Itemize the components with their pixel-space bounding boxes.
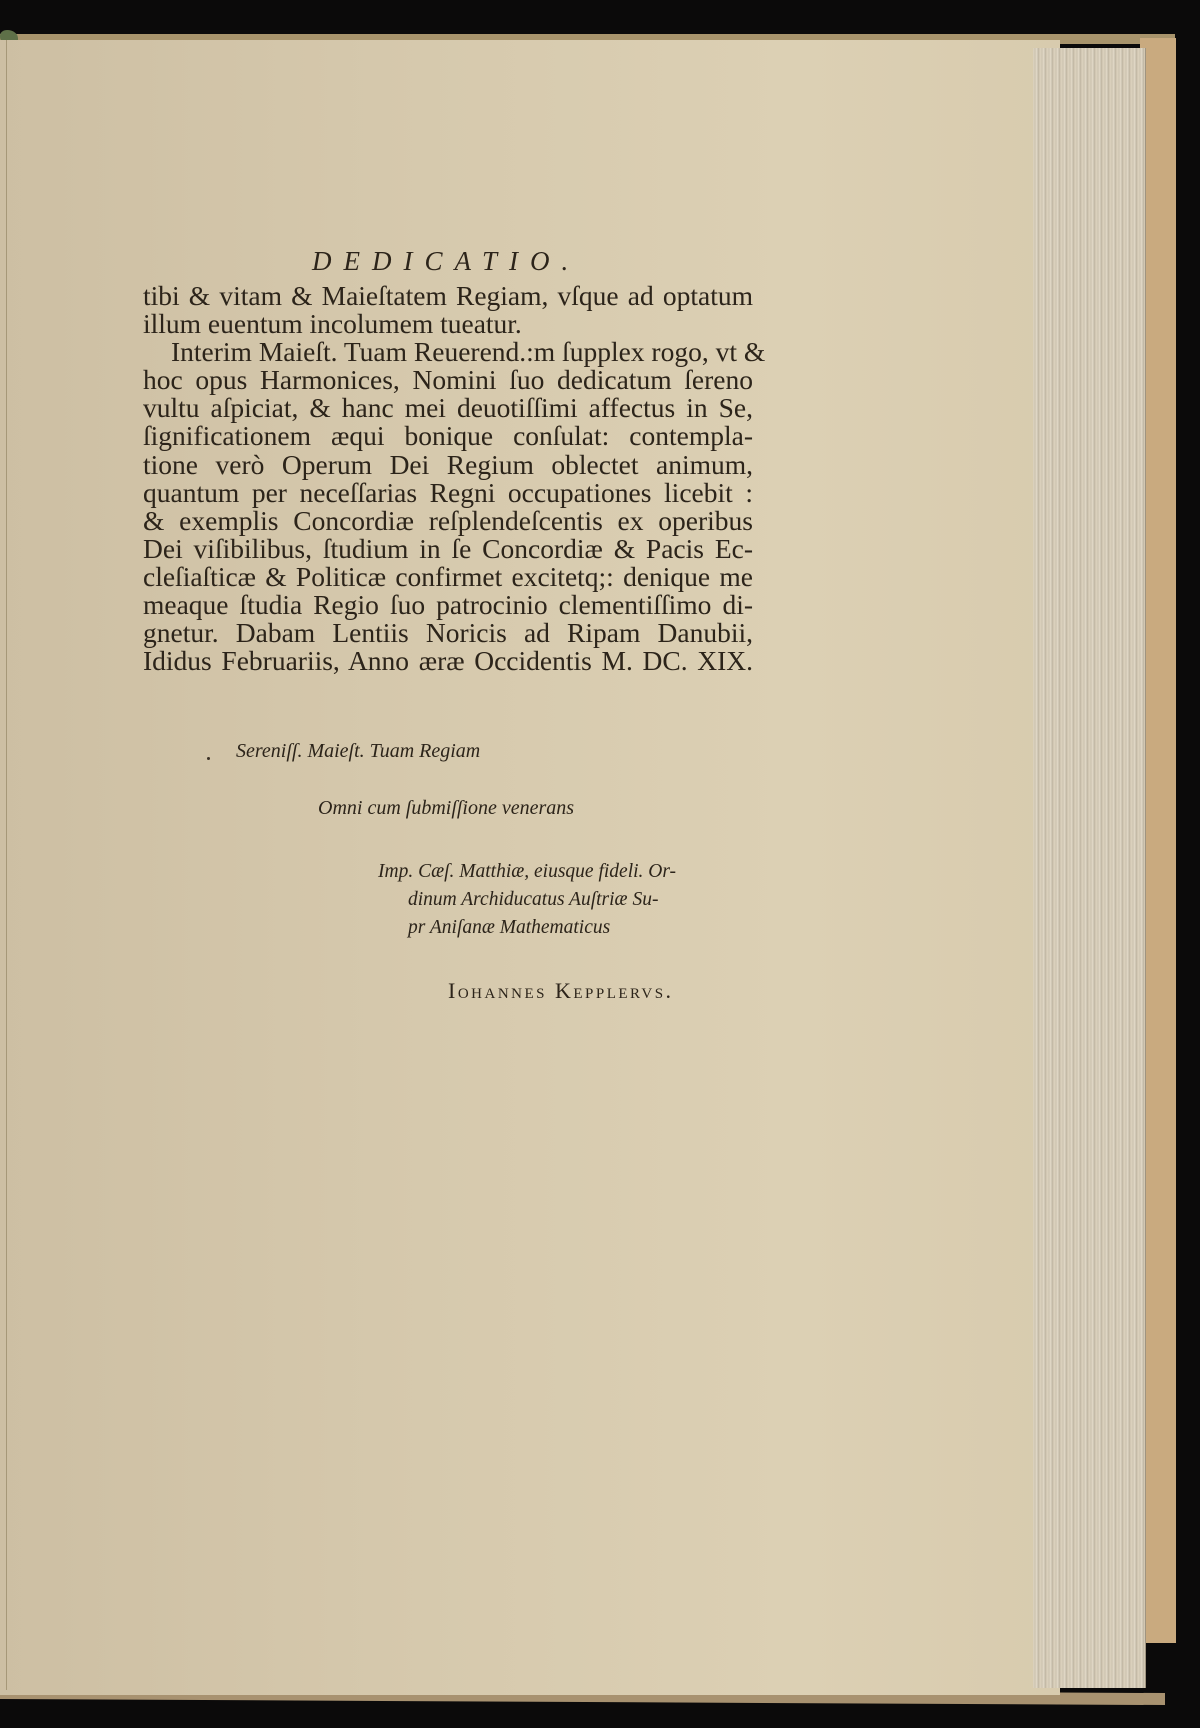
page-stack-fore-edge (1033, 48, 1146, 1688)
title-line: Imp. Cæſ. Matthiæ, eiusque fideli. Or- (378, 858, 676, 886)
text-line: quantum per neceſſarias Regni occupation… (143, 479, 753, 507)
text-line: hoc opus Harmonices, Nomini ſuo dedicatu… (143, 366, 753, 394)
text-line: ſignificationem æqui bonique conſulat: c… (143, 422, 753, 450)
text-line: Interim Maieſt. Tuam Reuerend.:m ſupplex… (143, 338, 753, 366)
text-line: meaque ſtudia Regio ſuo patrocinio cleme… (143, 591, 753, 619)
title-line: pr Aniſanæ Mathematicus (378, 914, 676, 942)
text-line: cleſiaſticæ & Politicæ confirmet excitet… (143, 563, 753, 591)
title-line: dinum Archiducatus Auſtriæ Su- (378, 886, 676, 914)
closing-salutation: Sereniſſ. Maieſt. Tuam Regiam (236, 740, 480, 763)
page-heading: DEDICATIO. (312, 246, 580, 277)
text-line: & exemplis Concordiæ reſplendeſcentis ex… (143, 507, 753, 535)
text-line: tibi & vitam & Maieſtatem Regiam, vſque … (143, 282, 753, 310)
ink-speck (207, 757, 210, 760)
text-line: Ididus Februariis, Anno æræ Occidentis M… (143, 647, 753, 675)
text-line: illum euentum incolumem tueatur. (143, 310, 753, 338)
author-title-block: Imp. Cæſ. Matthiæ, eiusque fideli. Or- d… (378, 858, 676, 942)
author-name: Iohannes Kepplervs. (448, 978, 674, 1004)
text-line: tione verò Operum Dei Regium oblectet an… (143, 451, 753, 479)
page-gutter-line (6, 40, 7, 1690)
dedication-body: tibi & vitam & Maieſtatem Regiam, vſque … (143, 282, 753, 675)
text-line: gnetur. Dabam Lentiis Noricis ad Ripam D… (143, 619, 753, 647)
text-line: Dei viſibilibus, ſtudium in ſe Concordiæ… (143, 535, 753, 563)
closing-submission: Omni cum ſubmiſſione venerans (318, 797, 574, 820)
text-line: vultu aſpiciat, & hanc mei deuotiſſimi a… (143, 394, 753, 422)
